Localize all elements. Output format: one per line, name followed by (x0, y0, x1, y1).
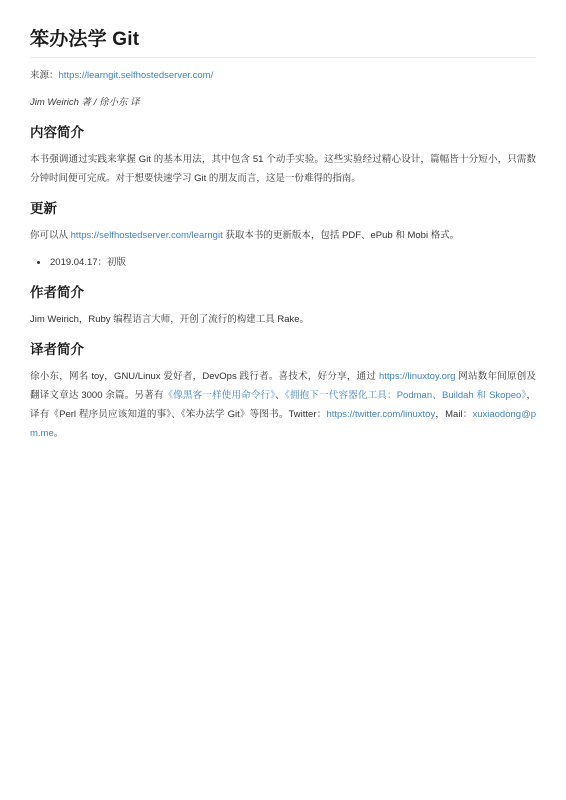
section-heading-intro: 内容简介 (30, 124, 536, 142)
source-link[interactable]: https://learngit.selfhostedserver.com/ (59, 70, 214, 81)
inline-text: 徐小东，网名 toy，GNU/Linux 爱好者，DevOps 践行者。喜技术，… (30, 371, 379, 382)
page-title: 笨办法学 Git (30, 28, 536, 58)
source-line: 来源：https://learngit.selfhostedserver.com… (30, 66, 536, 85)
inline-link[interactable]: https://linuxtoy.org (379, 371, 455, 382)
byline: Jim Weirich 著 / 徐小东 译 (30, 93, 536, 112)
updates-paragraph: 你可以从 https://selfhostedserver.com/learng… (30, 226, 536, 245)
inline-link[interactable]: 《拥抱下一代容器化工具：Podman、Buildah 和 Skopeo》 (285, 390, 526, 401)
intro-paragraph: 本书强调通过实践来掌握 Git 的基本用法，其中包含 51 个动手实验。这些实验… (30, 150, 536, 188)
inline-text: 。 (54, 428, 64, 439)
section-heading-updates: 更新 (30, 200, 536, 218)
inline-link[interactable]: 《像黑客一样使用命令行》 (164, 390, 276, 401)
section-heading-translator: 译者简介 (30, 341, 536, 359)
inline-text: 获取本书的更新版本，包括 PDF、ePub 和 Mobi 格式。 (223, 230, 459, 241)
inline-text: 你可以从 (30, 230, 71, 241)
translator-paragraph: 徐小东，网名 toy，GNU/Linux 爱好者，DevOps 践行者。喜技术，… (30, 367, 536, 443)
inline-text: ，Mail： (435, 409, 472, 420)
section-heading-author: 作者简介 (30, 284, 536, 302)
version-list-item: 2019.04.17：初版 (49, 253, 536, 272)
inline-link[interactable]: https://twitter.com/linuxtoy (326, 409, 435, 420)
version-list: 2019.04.17：初版 (30, 253, 536, 272)
document-page: 笨办法学 Git 来源：https://learngit.selfhosteds… (0, 0, 566, 800)
inline-text: 、 (275, 390, 285, 401)
inline-link[interactable]: https://selfhostedserver.com/learngit (71, 230, 223, 241)
author-paragraph: Jim Weirich，Ruby 编程语言大师，开创了流行的构建工具 Rake。 (30, 310, 536, 329)
source-label: 来源： (30, 70, 59, 81)
